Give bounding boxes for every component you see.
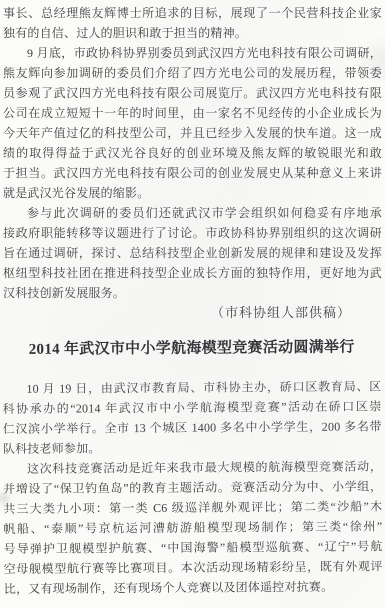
text-line: 接政府职能转移等议题进行了讨论。市政协科协界别组织的这次调研 [3,223,382,243]
text-line: 并增设了“保卫钓鱼岛”的教育主题活动。竞赛活动分为中、小学组， [3,476,382,499]
text-line: 事长、总经理熊友辉博士所追求的目标，展现了一个民营科技企业家 [3,3,382,23]
text-line: 熊友辉向参加调研的委员们介绍了四方光电公司的发展历程，带领委 [3,63,382,83]
text-line: 于担当。武汉四方光电科技有限公司的创业发展史从某种意义上来讲 [3,163,382,183]
text-line: 空母舰模型航行赛等比赛项目。本次活动现场精彩纷呈，既有外观评 [4,556,383,579]
text-line: 枢纽型科技社团在推进科技型企业成长方面的独特作用，更好地为武 [3,263,382,283]
text-line: 9 月底，市政协科协界别委员到武汉四方光电科技有限公司调研， [3,43,382,63]
text-line: 汉科技创新发展服务。 [3,283,382,303]
byline: （市科协组人部供稿） [3,303,382,323]
text-line: 号导弹护卫舰模型护航赛、“中国海警”船模型巡航赛、“辽宁”号航 [3,536,382,559]
article-title: 2014 年武汉市中小学航海模型竞赛活动圆满举行 [2,335,381,362]
document-page: 事长、总经理熊友辉博士所追求的目标，展现了一个民营科技企业家 独有的自信、过人的… [0,0,385,608]
article-sifang-research: 事长、总经理熊友辉博士所追求的目标，展现了一个民营科技企业家 独有的自信、过人的… [3,3,382,323]
text-line: 这次科技竞赛活动是近年来我市最大规模的航海模型竞赛活动， [3,456,382,479]
text-line: 10 月 19 日，由武汉市教育局、市科协主办，硚口区教育局、区 [2,376,381,399]
text-line: 员参观了武汉四方光电科技有限公司展览厅。武汉四方光电科技有限 [3,83,382,103]
text-line: 就是武汉光谷发展的缩影。 [3,183,382,203]
text-line: 共三大类九小项：第一类 C6 级巡洋舰外观评比；第二类“沙船”木 [3,496,382,519]
text-line: 今天年产值过亿的科技型公司，并且已经步入发展的快车道。这一成 [3,123,382,143]
text-line: 参与此次调研的委员们还就武汉市学会组织如何稳妥有序地承 [3,203,382,223]
text-line: 旨在通过调研，探讨、总结科技型企业创新发展的规律和建设及发挥 [3,243,382,263]
text-line: 绩的取得得益于武汉光谷良好的创业环境及熊友辉的敏锐眼光和敢 [3,143,382,163]
text-line: 仁汉滨小学举行。全市 13 个城区 1400 多名中小学学生，200 多名带 [3,416,382,439]
text-line: 独有的自信、过人的胆识和敢于担当的精神。 [3,23,382,43]
text-line: 队科技老师参加。 [3,436,382,459]
text-line: 公司在成立短短十一年的时间里，由一家名不见经传的小企业成长为 [3,103,382,123]
text-line: 帆船、“泰顺”号京杭运河漕舫游船模型现场制作；第三类“徐州” [3,516,382,539]
text-line: 科协承办的“2014 年武汉市中小学航海模型竞赛”活动在硚口区崇 [3,396,382,419]
text-line: 比，又有现场制作，还有现场个人竞赛以及团体遥控对抗赛。 [4,576,383,599]
article-navigation-model-contest: 2014 年武汉市中小学航海模型竞赛活动圆满举行 10 月 19 日，由武汉市教… [2,335,383,599]
